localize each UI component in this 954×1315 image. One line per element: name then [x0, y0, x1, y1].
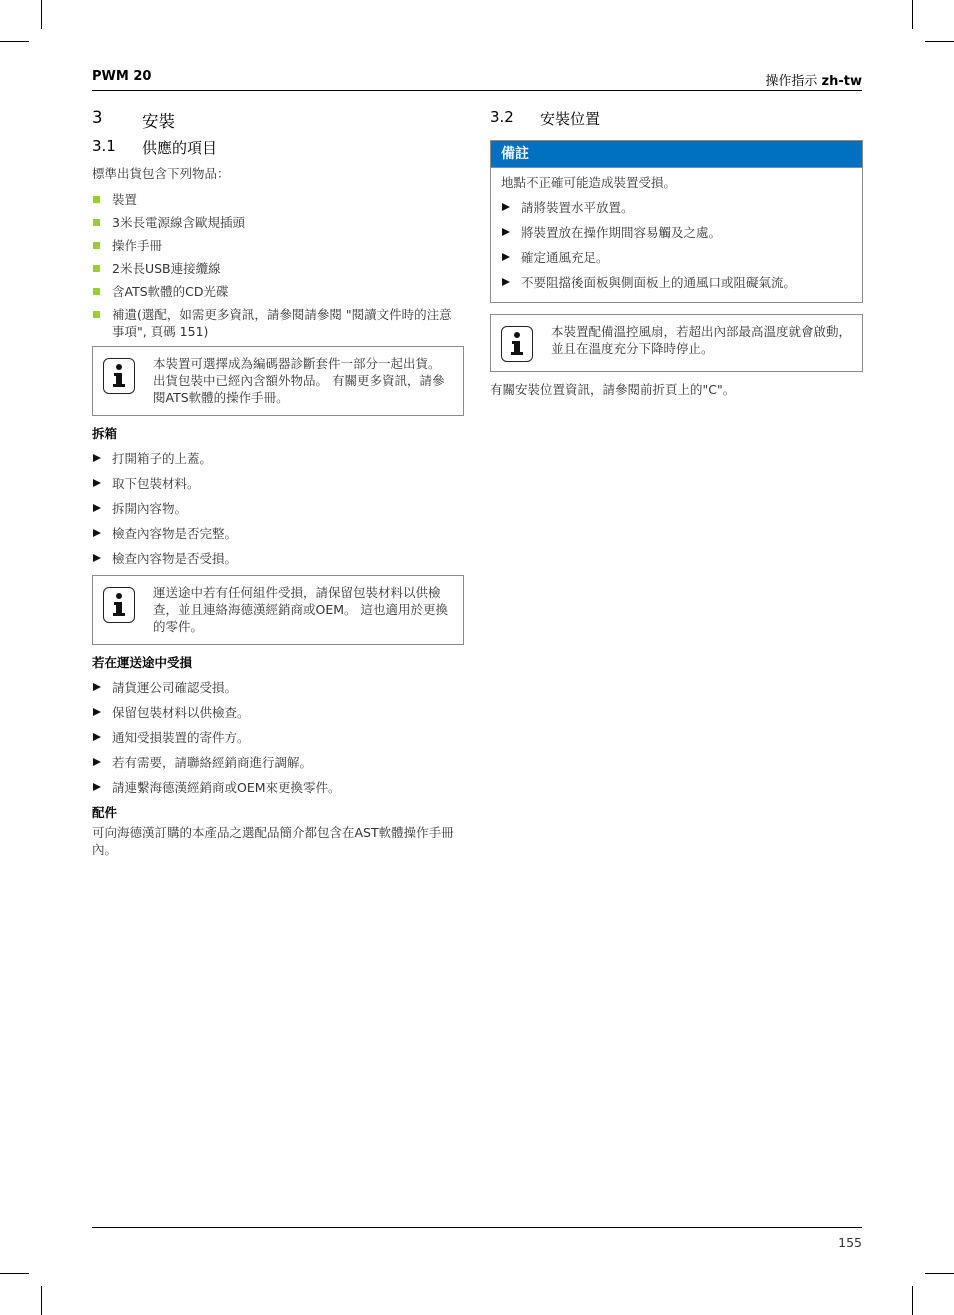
- items-list: 裝置 3米長電源線含歐規插頭 操作手冊 2米長USB連接纜線 含ATS軟體的CD…: [92, 191, 464, 340]
- section-title: 供應的項目: [142, 137, 217, 159]
- step-item: 若有需要，請聯絡經銷商進行調解。: [92, 754, 464, 771]
- step-item: 請將裝置水平放置。: [501, 199, 852, 216]
- step-item: 檢查內容物是否完整。: [92, 525, 464, 542]
- product-name: PWM 20: [92, 69, 151, 84]
- chapter-number: 3: [92, 108, 142, 130]
- step-item: 不要阻擋後面板與側面板上的通風口或阻礙氣流。: [501, 274, 852, 291]
- list-item: 裝置: [92, 191, 464, 208]
- unpack-heading: 拆箱: [92, 425, 464, 442]
- arrow-bullet-icon: [93, 504, 101, 512]
- info-box: 本裝置可選擇成為編碼器診斷套件一部分一起出貨。 出貨包裝中已經內含額外物品。 有…: [92, 346, 464, 416]
- note-text: 地點不正確可能造成裝置受損。: [501, 174, 852, 191]
- intro-text: 標準出貨包含下列物品：: [92, 165, 464, 182]
- step-text: 請貨運公司確認受損。: [112, 680, 237, 695]
- chapter-heading: 3安裝: [92, 108, 464, 130]
- right-column: 3.2安裝位置 備註 地點不正確可能造成裝置受損。 請將裝置水平放置。 將裝置放…: [490, 108, 863, 398]
- step-item: 打開箱子的上蓋。: [92, 450, 464, 467]
- section-title: 安裝位置: [540, 108, 600, 130]
- info-text: 本裝置可選擇成為編碼器診斷套件一部分一起出貨。 出貨包裝中已經內含額外物品。 有…: [153, 355, 453, 406]
- step-text: 若有需要，請聯絡經銷商進行調解。: [112, 755, 312, 770]
- info-text: 本裝置配備溫控風扇，若超出內部最高溫度就會啟動，並且在溫度充分下降時停止。: [551, 323, 852, 362]
- step-text: 確定通風充足。: [521, 250, 609, 265]
- info-box: 運送途中若有任何組件受損，請保留包裝材料以供檢查，並且連絡海德漢經銷商或OEM。…: [92, 575, 464, 645]
- square-bullet-icon: [93, 311, 100, 318]
- crop-mark: [0, 1273, 29, 1274]
- step-text: 請連繫海德漢經銷商或OEM來更換零件。: [112, 780, 341, 795]
- page-number: 155: [838, 1235, 862, 1250]
- list-item: 含ATS軟體的CD光碟: [92, 283, 464, 300]
- arrow-bullet-icon: [93, 529, 101, 537]
- item-text: 2米長USB連接纜線: [112, 261, 221, 276]
- page-footer: 155: [92, 1227, 862, 1228]
- info-icon: [103, 587, 135, 623]
- item-text: 操作手冊: [112, 238, 162, 253]
- arrow-bullet-icon: [502, 253, 510, 261]
- crop-mark: [41, 1286, 42, 1315]
- crop-mark: [925, 41, 954, 42]
- info-icon: [501, 326, 533, 362]
- info-icon: [103, 358, 135, 394]
- crop-mark: [912, 1286, 913, 1315]
- step-text: 保留包裝材料以供檢查。: [112, 705, 250, 720]
- arrow-bullet-icon: [93, 758, 101, 766]
- arrow-bullet-icon: [502, 228, 510, 236]
- damage-steps: 請貨運公司確認受損。 保留包裝材料以供檢查。 通知受損裝置的寄件方。 若有需要，…: [92, 679, 464, 796]
- step-text: 檢查內容物是否完整。: [112, 526, 237, 541]
- list-item: 2米長USB連接纜線: [92, 260, 464, 277]
- accessories-text: 可向海德漢訂購的本產品之選配品簡介都包含在AST軟體操作手冊內。: [92, 824, 464, 858]
- note-steps: 請將裝置水平放置。 將裝置放在操作期間容易觸及之處。 確定通風充足。 不要阻擋後…: [501, 199, 852, 291]
- info-box: 本裝置配備溫控風扇，若超出內部最高溫度就會啟動，並且在溫度充分下降時停止。: [490, 314, 863, 372]
- step-text: 不要阻擋後面板與側面板上的通風口或阻礙氣流。: [521, 275, 796, 290]
- section-heading: 3.1供應的項目: [92, 137, 464, 159]
- section-number: 3.2: [490, 108, 540, 130]
- lang-code: zh-tw: [822, 74, 862, 89]
- square-bullet-icon: [93, 219, 100, 226]
- section-number: 3.1: [92, 137, 142, 159]
- step-text: 取下包裝材料。: [112, 476, 200, 491]
- damage-heading: 若在運送途中受損: [92, 654, 464, 671]
- list-item: 補遺(選配，如需更多資訊，請參閱請參閱 "閱讀文件時的注意事項", 頁碼 151…: [92, 306, 464, 340]
- accessories-heading: 配件: [92, 804, 464, 821]
- crop-mark: [41, 0, 42, 29]
- step-text: 通知受損裝置的寄件方。: [112, 730, 250, 745]
- step-item: 取下包裝材料。: [92, 475, 464, 492]
- note-header: 備註: [491, 141, 862, 167]
- item-text: 補遺(選配，如需更多資訊，請參閱請參閱 "閱讀文件時的注意事項", 頁碼 151…: [112, 307, 452, 339]
- step-text: 請將裝置水平放置。: [521, 200, 634, 215]
- info-text: 運送途中若有任何組件受損，請保留包裝材料以供檢查，並且連絡海德漢經銷商或OEM。…: [153, 584, 453, 635]
- arrow-bullet-icon: [93, 454, 101, 462]
- note-box: 備註 地點不正確可能造成裝置受損。 請將裝置水平放置。 將裝置放在操作期間容易觸…: [490, 140, 863, 303]
- step-item: 將裝置放在操作期間容易觸及之處。: [501, 224, 852, 241]
- square-bullet-icon: [93, 196, 100, 203]
- chapter-title: 安裝: [142, 108, 175, 130]
- item-text: 裝置: [112, 192, 137, 207]
- step-item: 確定通風充足。: [501, 249, 852, 266]
- header-section: 操作指示 zh-tw: [765, 70, 862, 89]
- arrow-bullet-icon: [502, 203, 510, 211]
- closing-text: 有關安裝位置資訊，請參閱前折頁上的"C"。: [490, 381, 863, 398]
- square-bullet-icon: [93, 288, 100, 295]
- crop-mark: [925, 1273, 954, 1274]
- square-bullet-icon: [93, 242, 100, 249]
- arrow-bullet-icon: [502, 278, 510, 286]
- step-item: 請連繫海德漢經銷商或OEM來更換零件。: [92, 779, 464, 796]
- square-bullet-icon: [93, 265, 100, 272]
- arrow-bullet-icon: [93, 479, 101, 487]
- note-body: 地點不正確可能造成裝置受損。 請將裝置水平放置。 將裝置放在操作期間容易觸及之處…: [491, 167, 862, 302]
- step-text: 拆開內容物。: [112, 501, 187, 516]
- arrow-bullet-icon: [93, 733, 101, 741]
- item-text: 3米長電源線含歐規插頭: [112, 215, 245, 230]
- arrow-bullet-icon: [93, 683, 101, 691]
- step-item: 請貨運公司確認受損。: [92, 679, 464, 696]
- list-item: 操作手冊: [92, 237, 464, 254]
- step-item: 拆開內容物。: [92, 500, 464, 517]
- list-item: 3米長電源線含歐規插頭: [92, 214, 464, 231]
- unpack-steps: 打開箱子的上蓋。 取下包裝材料。 拆開內容物。 檢查內容物是否完整。 檢查內容物…: [92, 450, 464, 567]
- page-header: PWM 20 操作指示 zh-tw: [92, 68, 862, 91]
- section-label: 操作指示: [765, 74, 817, 89]
- left-column: 3安裝 3.1供應的項目 標準出貨包含下列物品： 裝置 3米長電源線含歐規插頭 …: [92, 108, 464, 858]
- section-heading: 3.2安裝位置: [490, 108, 863, 130]
- step-item: 檢查內容物是否受損。: [92, 550, 464, 567]
- arrow-bullet-icon: [93, 783, 101, 791]
- step-text: 將裝置放在操作期間容易觸及之處。: [521, 225, 721, 240]
- arrow-bullet-icon: [93, 708, 101, 716]
- arrow-bullet-icon: [93, 554, 101, 562]
- step-item: 通知受損裝置的寄件方。: [92, 729, 464, 746]
- step-text: 打開箱子的上蓋。: [112, 451, 212, 466]
- step-text: 檢查內容物是否受損。: [112, 551, 237, 566]
- crop-mark: [912, 0, 913, 29]
- crop-mark: [0, 41, 29, 42]
- item-text: 含ATS軟體的CD光碟: [112, 284, 229, 299]
- step-item: 保留包裝材料以供檢查。: [92, 704, 464, 721]
